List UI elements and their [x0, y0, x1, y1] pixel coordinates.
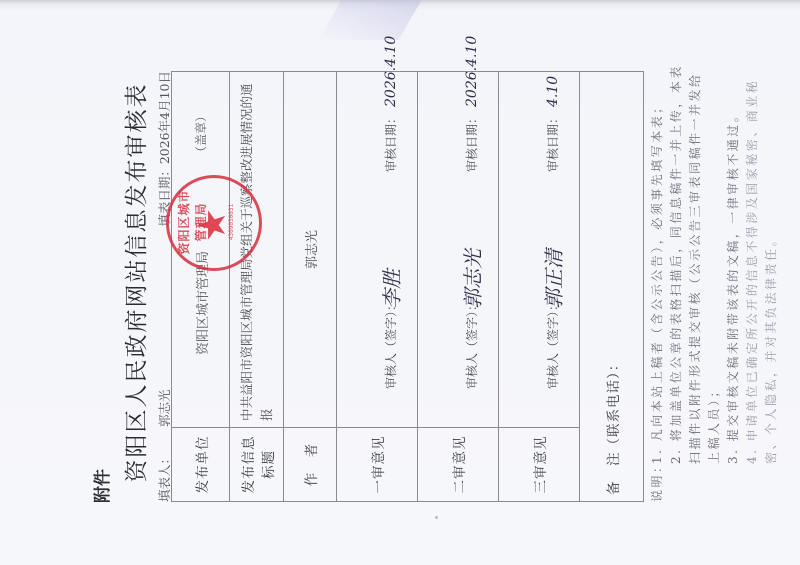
publishing-unit-label: 发布单位: [172, 428, 230, 502]
info-title-label: 发布信息标题: [230, 428, 284, 502]
first-review-signature: 李胜: [376, 269, 405, 309]
first-review-cell: 审核人（签字）： 李胜 审核日期： 2026.4.10: [337, 72, 418, 428]
seal-code: 4309030031: [228, 190, 235, 254]
instruction-item: 1. 凡向本站上稿者（含公示公告），必须事先填写本表；: [648, 64, 667, 464]
instructions-list: 1. 凡向本站上稿者（含公示公告），必须事先填写本表； 2. 将加盖单位公章的表…: [648, 64, 781, 464]
first-review-label: 一审意见: [337, 428, 418, 502]
author-value: 郭志光: [284, 72, 337, 428]
third-review-signature: 郭正清: [538, 249, 567, 309]
instruction-item: 2. 将加盖单位公章的表格扫描后，同信息稿件一并上传，本表扫描件以附件形式提交审…: [667, 64, 724, 464]
document-title: 资阳区人民政府网站信息发布审核表: [118, 0, 151, 565]
row-second-review: 二审意见 审核人（签字）： 郭志光 审核日期： 2026.4.10: [418, 72, 499, 502]
publishing-unit-cell: 资阳区城市管理局 （盖章） 资阳区城市管理局 ★ 4309030031: [172, 72, 230, 428]
remark-label: 备 注（联系电话）：: [580, 72, 644, 502]
seal-star-icon: ★: [193, 208, 231, 242]
seal-note: （盖章）: [192, 110, 209, 158]
second-review-cell: 审核人（签字）： 郭志光 审核日期： 2026.4.10: [418, 72, 499, 428]
first-review-date-label: 审核日期：: [382, 112, 399, 172]
third-review-signer-label: 审核人（签字）：: [544, 299, 561, 389]
review-form-table: 发布单位 资阳区城市管理局 （盖章） 资阳区城市管理局 ★ 4309030031…: [171, 71, 644, 502]
row-publishing-unit: 发布单位 资阳区城市管理局 （盖章） 资阳区城市管理局 ★ 4309030031: [172, 72, 230, 502]
first-review-signer-label: 审核人（签字）：: [382, 299, 399, 389]
second-review-signature: 郭志光: [457, 249, 486, 309]
third-review-cell: 审核人（签字）： 郭正清 审核日期： 4.10: [499, 72, 580, 428]
second-review-date: 2026.4.10: [464, 36, 480, 107]
review-form-page: 附件 资阳区人民政府网站信息发布审核表 填表人： 郭志光 填表日期：2026年4…: [0, 0, 800, 565]
row-info-title: 发布信息标题 中共益阳市资阳区城市管理局党组关于巡察整改进展情况的通报: [230, 72, 284, 502]
row-third-review: 三审意见 审核人（签字）： 郭正清 审核日期： 4.10: [499, 72, 580, 502]
scan-speck: [435, 516, 438, 519]
third-review-date-label: 审核日期：: [544, 112, 561, 172]
second-review-signer-label: 审核人（签字）：: [463, 299, 480, 389]
second-review-date-label: 审核日期：: [463, 112, 480, 172]
attachment-label: 附件: [88, 469, 113, 503]
official-seal-stamp: 资阳区城市管理局 ★ 4309030031: [166, 175, 262, 271]
first-review-date: 2026.4.10: [383, 36, 399, 107]
row-first-review: 一审意见 审核人（签字）： 李胜 审核日期： 2026.4.10: [337, 72, 418, 502]
author-label: 作 者: [284, 428, 337, 502]
third-review-date: 4.10: [545, 76, 561, 107]
instruction-item: 3. 提交审核文稿未附带该表的文稿，一律审核不通过。: [724, 64, 743, 464]
row-remark: 备 注（联系电话）：: [580, 72, 644, 502]
third-review-label: 三审意见: [499, 428, 580, 502]
row-author: 作 者 郭志光: [284, 72, 337, 502]
second-review-label: 二审意见: [418, 428, 499, 502]
instructions-heading: 说明：: [648, 458, 667, 502]
instruction-item: 4. 申请单位已确定所公开的信息不得涉及国家秘密、商业秘密、个人隐私，并对其负法…: [743, 64, 781, 464]
